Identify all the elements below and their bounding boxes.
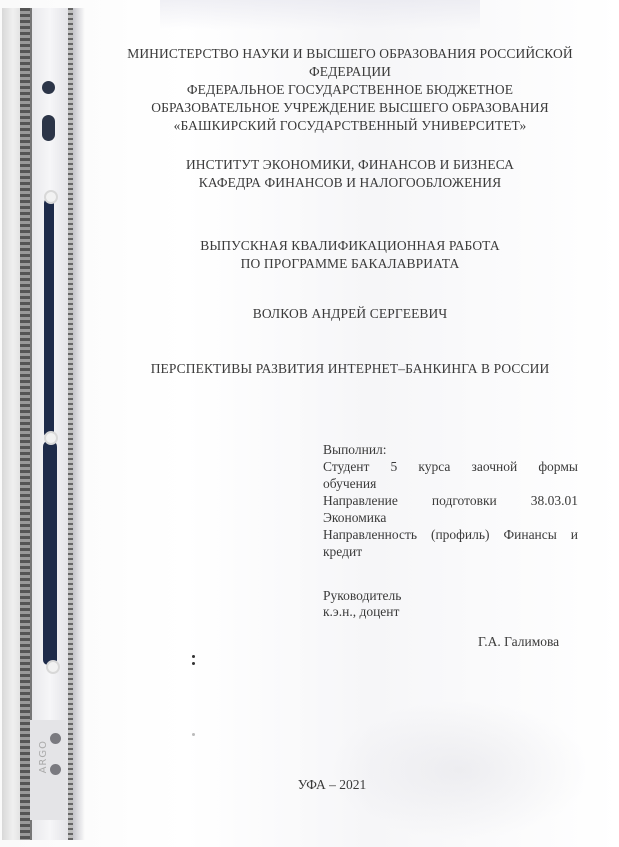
text-word: Направленность — [323, 526, 417, 543]
ministry-header: МИНИСТЕРСТВО НАУКИ И ВЫСШЕГО ОБРАЗОВАНИЯ… — [80, 45, 619, 135]
document-page: ARGO МИНИСТЕРСТВО НАУКИ И ВЫСШЕГО ОБРАЗО… — [0, 0, 619, 847]
header-line: ФЕДЕРАЦИИ — [80, 63, 619, 81]
header-line: МИНИСТЕРСТВО НАУКИ И ВЫСШЕГО ОБРАЗОВАНИЯ… — [80, 45, 619, 63]
punch-hole-icon — [42, 81, 55, 94]
text-word: Направление — [323, 492, 398, 509]
performer-info: Выполнил: Студент 5 курса заочной формы … — [323, 441, 578, 560]
department-line: КАФЕДРА ФИНАНСОВ И НАЛОГООБЛОЖЕНИЯ — [80, 174, 619, 192]
text-word: заочной — [472, 458, 518, 475]
author-name: ВОЛКОВ АНДРЕЙ СЕРГЕЕВИЧ — [80, 305, 619, 323]
tab-hole-icon — [50, 764, 61, 775]
supervisor-name: Г.А. Галимова — [478, 634, 559, 650]
header-line: ОБРАЗОВАТЕЛЬНОЕ УЧРЕЖДЕНИЕ ВЫСШЕГО ОБРАЗ… — [80, 99, 619, 117]
text-word: курса — [418, 458, 450, 475]
tab-hole-icon — [50, 733, 61, 744]
scan-speck — [192, 662, 195, 665]
profile-line: Направленность (профиль) Финансы и — [323, 526, 578, 543]
text-word: подготовки — [432, 492, 497, 509]
institute-header: ИНСТИТУТ ЭКОНОМИКИ, ФИНАНСОВ И БИЗНЕСА К… — [80, 156, 619, 192]
performer-label: Выполнил: — [323, 441, 578, 458]
punch-slot-icon — [42, 115, 55, 141]
scan-speck — [192, 655, 195, 658]
eyelet-icon — [44, 190, 58, 204]
text-word: 38.03.01 — [531, 492, 578, 509]
header-line: «БАШКИРСКИЙ ГОСУДАРСТВЕННЫЙ УНИВЕРСИТЕТ» — [80, 117, 619, 135]
thesis-title: ПЕРСПЕКТИВЫ РАЗВИТИЯ ИНТЕРНЕТ–БАНКИНГА В… — [80, 360, 619, 378]
work-type: ВЫПУСКНАЯ КВАЛИФИКАЦИОННАЯ РАБОТА ПО ПРО… — [80, 237, 619, 273]
institute-line: ИНСТИТУТ ЭКОНОМИКИ, ФИНАНСОВ И БИЗНЕСА — [80, 156, 619, 174]
city-year: УФА – 2021 — [262, 777, 402, 793]
text-word: формы — [538, 458, 578, 475]
direction-line-end: Экономика — [323, 509, 578, 526]
scan-shadow — [160, 0, 480, 30]
eyelet-icon — [46, 660, 60, 674]
text-word: и — [571, 526, 578, 543]
text-word: 5 — [391, 458, 398, 475]
student-line: Студент 5 курса заочной формы — [323, 458, 578, 475]
work-type-line: ВЫПУСКНАЯ КВАЛИФИКАЦИОННАЯ РАБОТА — [80, 237, 619, 255]
profile-line-end: кредит — [323, 543, 578, 560]
supervisor-label: Руководитель — [323, 588, 578, 604]
text-word: Финансы — [503, 526, 556, 543]
student-line-end: обучения — [323, 475, 578, 492]
author-line: ВОЛКОВ АНДРЕЙ СЕРГЕЕВИЧ — [80, 305, 619, 323]
text-word: Студент — [323, 458, 369, 475]
scan-speck — [192, 733, 195, 736]
sleeve-edge — [2, 8, 20, 840]
binder-rail — [20, 8, 32, 840]
binder-tab-text: ARGO — [38, 740, 49, 773]
eyelet-icon — [44, 431, 58, 445]
supervisor-degree: к.э.н., доцент — [323, 604, 578, 620]
work-type-line: ПО ПРОГРАММЕ БАКАЛАВРИАТА — [80, 255, 619, 273]
text-word: (профиль) — [431, 526, 490, 543]
binding-ribbon — [43, 440, 57, 665]
binding-ribbon — [44, 198, 54, 438]
title-line: ПЕРСПЕКТИВЫ РАЗВИТИЯ ИНТЕРНЕТ–БАНКИНГА В… — [80, 360, 619, 378]
direction-line: Направление подготовки 38.03.01 — [323, 492, 578, 509]
supervisor-info: Руководитель к.э.н., доцент — [323, 588, 578, 620]
header-line: ФЕДЕРАЛЬНОЕ ГОСУДАРСТВЕННОЕ БЮДЖЕТНОЕ — [80, 81, 619, 99]
scan-shadow — [330, 700, 590, 840]
